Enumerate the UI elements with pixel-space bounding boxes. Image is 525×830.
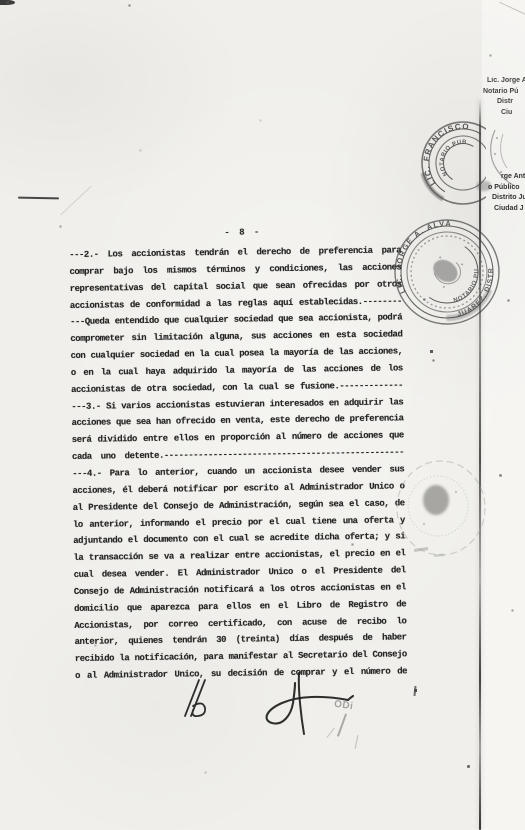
text-line: o al Administrador Unico, su decisión de… [75,663,407,684]
stamp-text-line: rge Anton [501,172,525,183]
stamp-text-line: o Público [488,183,525,194]
scanned-document-page: - 8 - ---2.- Los accionistas tendrán el … [0,0,525,830]
stamp-text-line: Ciu [501,108,525,119]
faint-stamp-blob [423,485,449,515]
stamp-text-line: Ciudad J [494,204,525,215]
scan-scratch [60,186,91,215]
notary-info-stamp-mid: rge Antono PúblicoDistrito JuCiudad J [477,172,525,214]
ink-smear [423,173,443,199]
handwritten-initials [179,676,213,720]
left-margin-line [18,197,59,200]
eagle-emblem-detail [432,256,465,289]
notary-info-stamp-top: Lic. Jorge ANotario PúDistrCiu [482,76,525,118]
faint-round-stamp [394,448,494,573]
seal-ring-text: LIC. FRANCISCO [408,109,474,190]
seal-inner-text: NOTARIO PUB [431,132,469,179]
stamp-text-line: Lic. Jorge A [487,76,525,87]
seal-outer-ring [408,107,486,220]
stamp-text-line: Notario Pú [483,87,525,98]
scan-noise-speckles [0,0,1,1]
document-text: - 8 - ---2.- Los accionistas tendrán el … [69,222,407,685]
scan-corner-mark [0,0,15,5]
notary-seal-francisco: LIC. FRANCISCO NOTARIO PUB [408,103,486,223]
stamp-text-line: Distrito Ju [492,193,525,204]
stamp-text-line: Distr [497,97,525,108]
document-body: ---2.- Los accionistas tendrán el derech… [69,242,407,685]
faint-ink-stroke [413,686,416,696]
eagle-emblem [429,255,462,286]
faint-ink-stroke [355,735,359,749]
page-number: - 8 - [69,222,401,244]
